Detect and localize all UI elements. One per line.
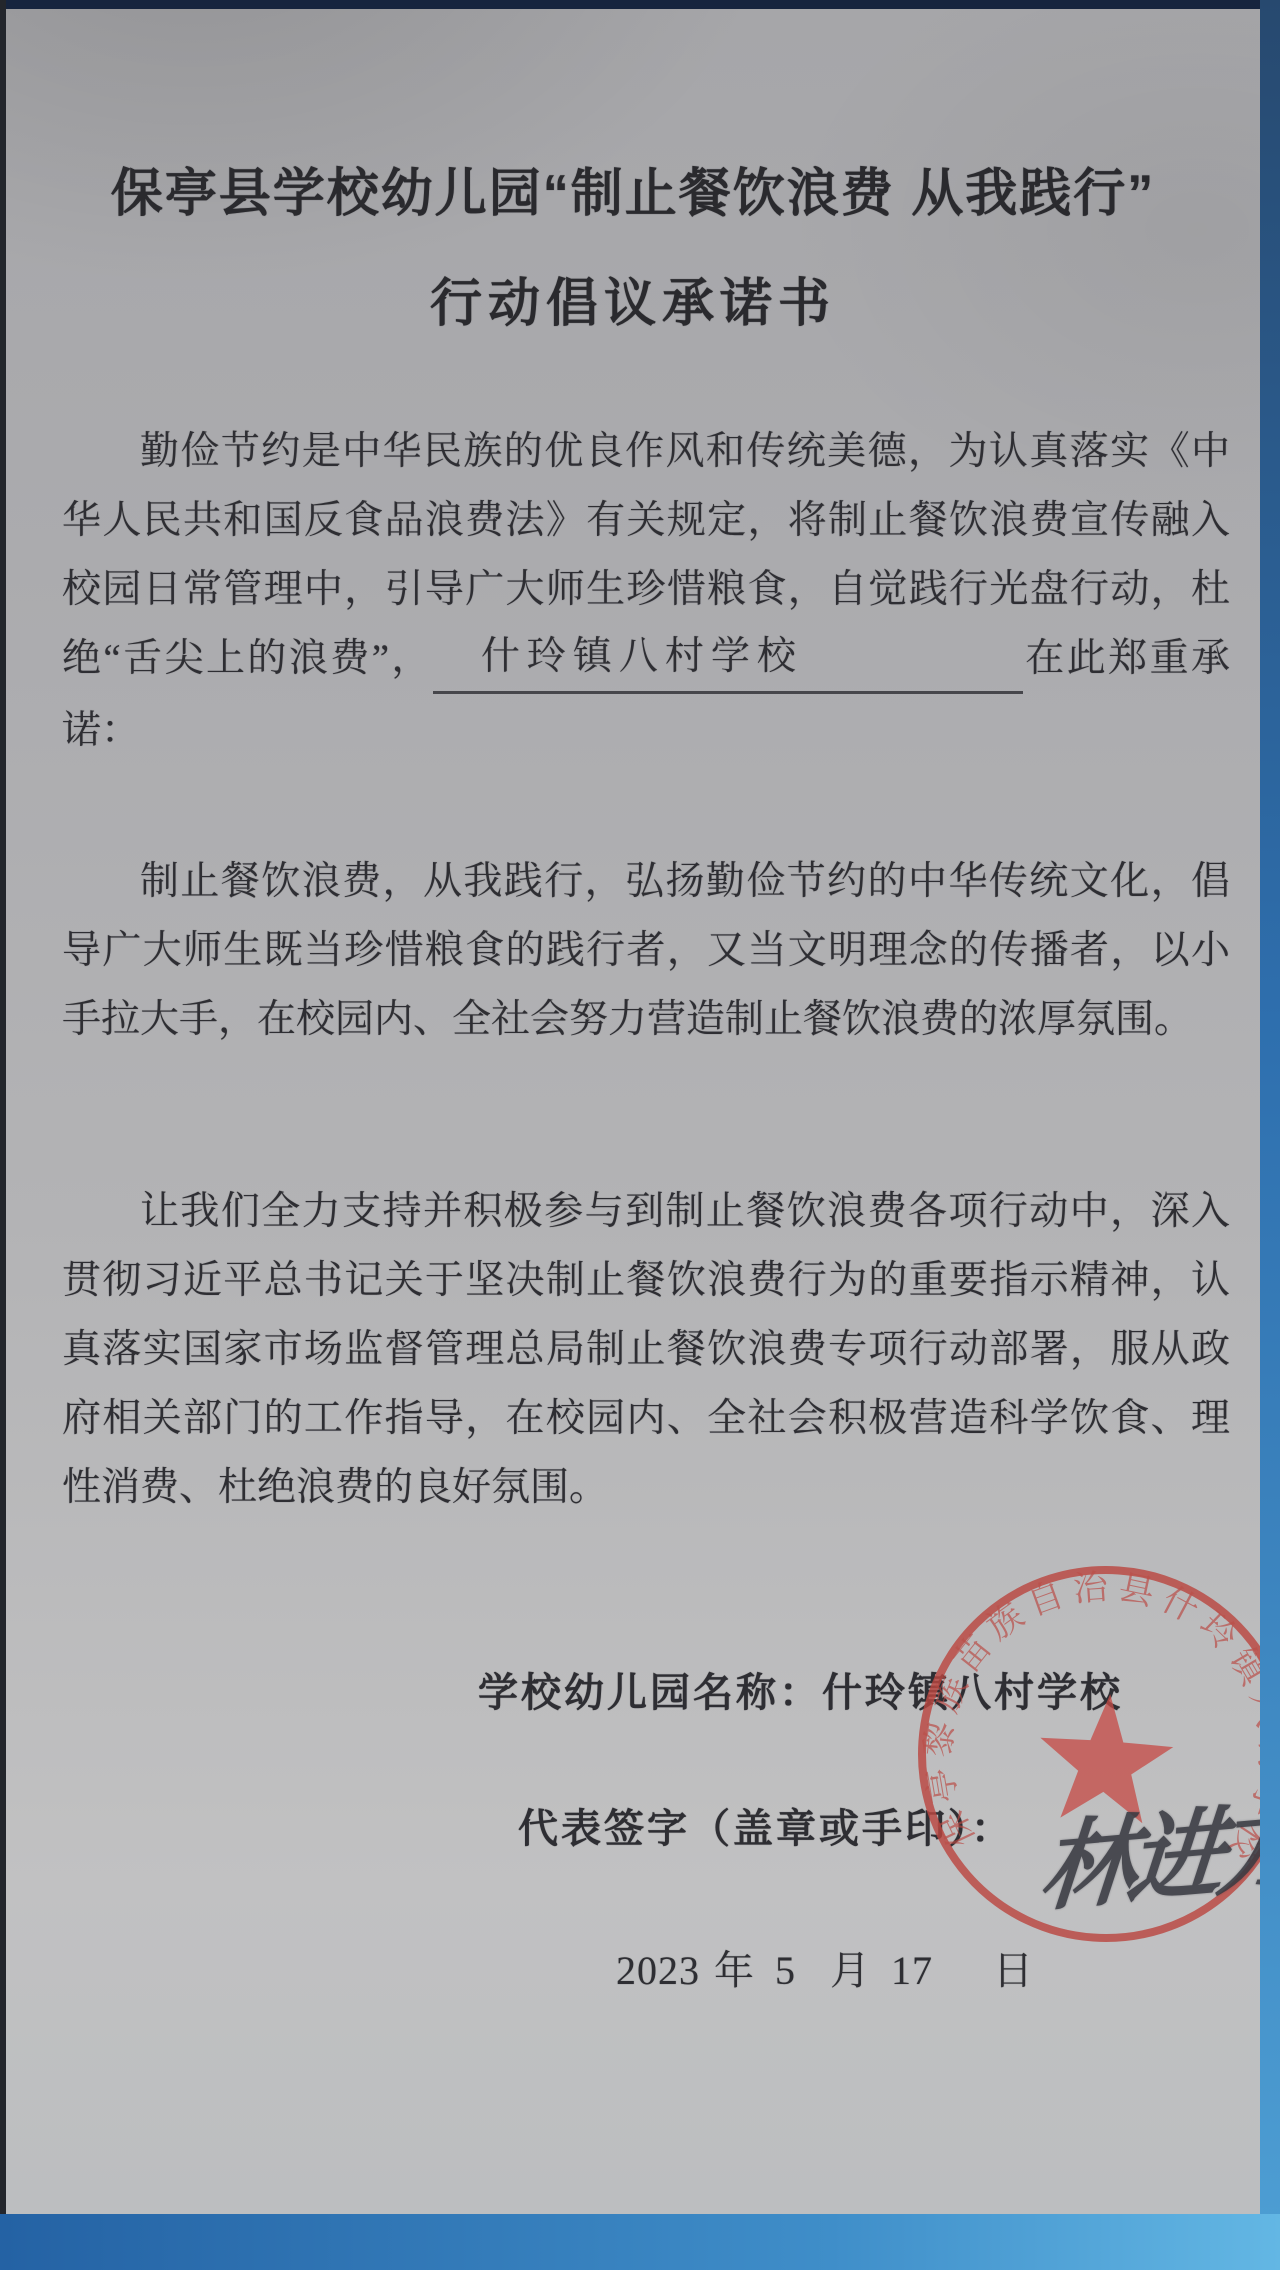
- filled-blank-school-name: 什玲镇八村学校: [433, 622, 1023, 694]
- date-day-label: 日: [993, 1948, 1034, 1993]
- date-month-label: 月: [830, 1948, 871, 1993]
- photo-of-document: { "document": { "title_line1": "保亭县学校幼儿园…: [0, 0, 1280, 2270]
- paragraph-1: 勤俭节约是中华民族的优良作风和传统美德，为认真落实《中华人民共和国反食品浪费法》…: [62, 417, 1230, 765]
- paragraph-2: 制止餐饮浪费，从我践行，弘扬勤俭节约的中华传统文化，倡导广大师生既当珍惜粮食的践…: [62, 847, 1230, 1054]
- date-year: 2023: [616, 1948, 700, 1993]
- date-year-label: 年: [714, 1948, 755, 1993]
- document-title-line1: 保亭县学校幼儿园“制止餐饮浪费 从我践行”: [6, 151, 1260, 226]
- date-day: 17: [891, 1948, 933, 1993]
- paragraph-3: 让我们全力支持并积极参与到制止餐饮浪费各项行动中，深入贯彻习近平总书记关于坚决制…: [62, 1177, 1230, 1522]
- handwritten-signature: 林进方: [1035, 1769, 1260, 1931]
- photo-background-bottom: [0, 2214, 1280, 2270]
- document-title-line2: 行动倡议承诺书: [6, 261, 1260, 336]
- date-month: 5: [775, 1948, 796, 1993]
- document-paper: 保亭县学校幼儿园“制止餐饮浪费 从我践行” 行动倡议承诺书 勤俭节约是中华民族的…: [6, 9, 1260, 2214]
- photo-background-right: [1260, 0, 1280, 2270]
- school-name-label: 学校幼儿园名称：: [478, 1670, 822, 1715]
- photo-background-top: [0, 0, 1280, 9]
